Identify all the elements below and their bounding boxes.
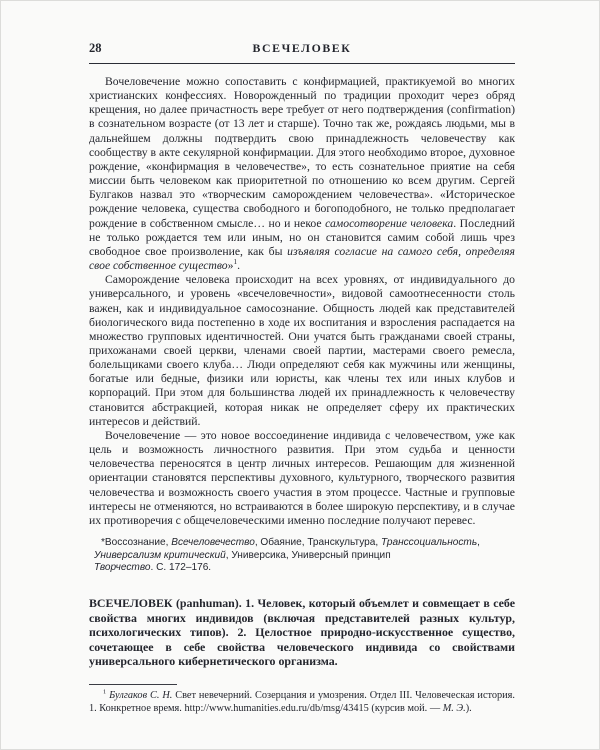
paragraph-self-birth: Саморождение человека происходит на всех… [89, 273, 515, 429]
footnote-separator [89, 684, 177, 685]
article-body: Вочеловечение можно сопоставить с конфир… [89, 75, 515, 716]
cross-reference-block: *Воссознание, Всечеловечество, Обаяние, … [94, 537, 515, 575]
page-header: 28 ВСЕЧЕЛОВЕК [89, 41, 515, 64]
footnote-bulgakov: 1 Булгаков С. Н. Свет невечерний. Созерц… [89, 690, 515, 716]
source-citation: Творчество. С. 172–176. [94, 562, 515, 575]
paragraph-confirmation: Вочеловечение можно сопоставить с конфир… [89, 75, 515, 273]
book-page: 28 ВСЕЧЕЛОВЕК Вочеловечение можно сопост… [0, 0, 600, 750]
cross-reference-list: *Воссознание, Всечеловечество, Обаяние, … [94, 537, 515, 562]
paragraph-reunion: Вочеловечение — это новое воссоединение … [89, 429, 515, 528]
running-title: ВСЕЧЕЛОВЕК [89, 41, 515, 56]
definition-entry-vsechelovek: ВСЕЧЕЛОВЕК (panhuman). 1. Человек, котор… [89, 596, 515, 669]
page-number: 28 [89, 41, 102, 56]
